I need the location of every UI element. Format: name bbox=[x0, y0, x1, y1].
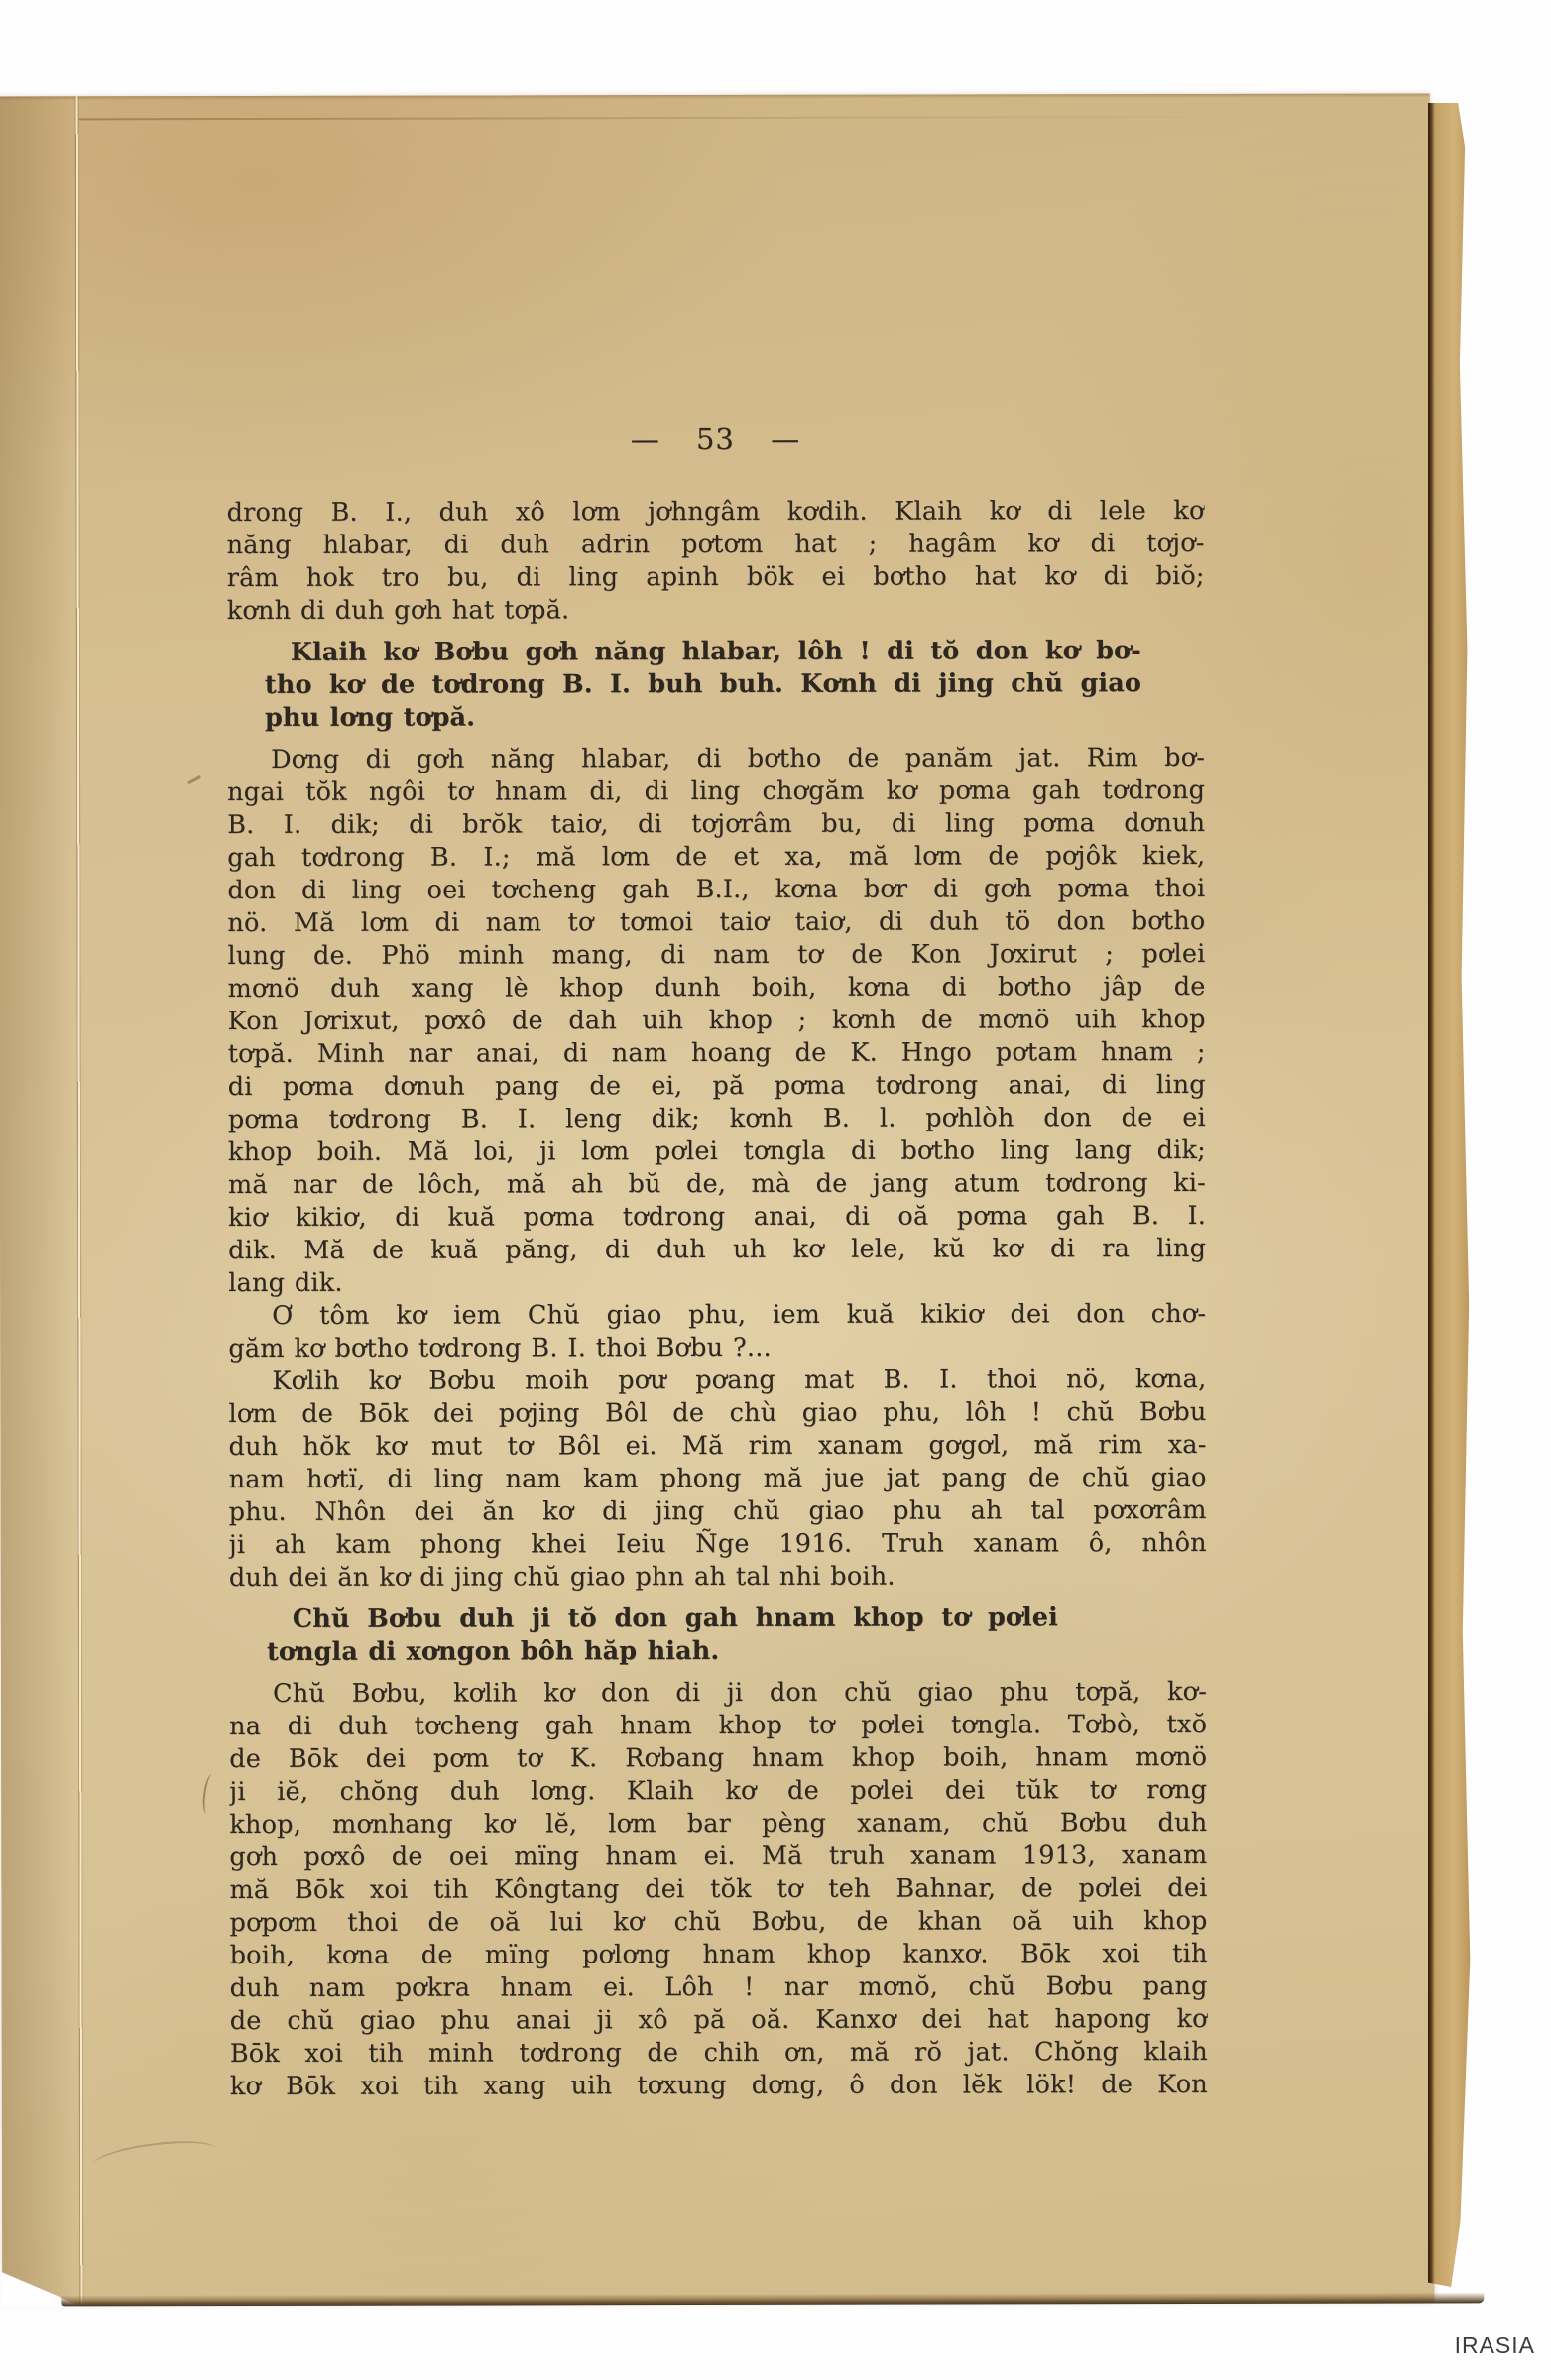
text-line: Bōk xoi tih minh tơdrong de chih ơn, mă … bbox=[230, 2036, 1208, 2071]
text-line: Chŭ Bơbu, kơlih kơ don di ji don chŭ gia… bbox=[229, 1676, 1207, 1711]
text-line: duh nam pơkra hnam ei. Lôh ! nar mơnŏ, c… bbox=[230, 1970, 1208, 2005]
book-page: — 53 — drong B. I., duh xô lơm jơhngâm k… bbox=[0, 93, 1434, 2304]
text-line: phu lơng tơpă. bbox=[265, 700, 1141, 735]
text-line: duh dei ăn kơ di jing chŭ giao phn ah ta… bbox=[229, 1560, 1207, 1595]
text-line: pơma tơdrong B. I. leng dik; kơnh B. l. … bbox=[228, 1102, 1206, 1136]
text-line: râm hok tro bu, di ling apinh bök ei bơt… bbox=[227, 560, 1205, 595]
text-line: duh hŏk kơ mut tơ Bôl ei. Mă rim xanam g… bbox=[228, 1429, 1206, 1464]
gutter-shadow bbox=[0, 96, 85, 2304]
text-line: mă Bōk xoi tih Kôngtang dei tŏk tơ teh B… bbox=[229, 1872, 1207, 1907]
paragraph: Dơng di gơh năng hlabar, di bơtho de pan… bbox=[227, 742, 1206, 1300]
text-line: kiơ kikiơ, di kuă pơma tơdrong anai, di … bbox=[228, 1200, 1206, 1235]
text-line: nam hơtï, di ling nam kam phong mă jue j… bbox=[229, 1462, 1207, 1496]
text-line: de chŭ giao phu anai ji xô pă oă. Kanxơ … bbox=[230, 2003, 1208, 2038]
text-line: ji iĕ, chŏng duh lơng. Klaih kơ de pơlei… bbox=[229, 1774, 1207, 1809]
paragraph: Chŭ Bơbu, kơlih kơ don di ji don chŭ gia… bbox=[229, 1676, 1208, 2103]
text-line: tơngla di xơngon bôh hăp hiah. bbox=[267, 1634, 1058, 1669]
text-line: Chŭ Bơbu duh ji tŏ don gah hnam khop tơ … bbox=[267, 1602, 1058, 1636]
text-line: kơnh di duh gơh hat tơpă. bbox=[227, 593, 1205, 628]
paragraph: Kơlih kơ Bơbu moih pơư pơang mat B. I. t… bbox=[228, 1364, 1206, 1595]
text-line: Ơ tôm kơ iem Chŭ giao phu, iem kuă kikiơ… bbox=[228, 1298, 1206, 1333]
text-line: phu. Nhôn dei ăn kơ di jing chŭ giao phu… bbox=[229, 1494, 1207, 1529]
under-page-edge bbox=[1428, 103, 1486, 2287]
watermark: IRASIA bbox=[1455, 2332, 1535, 2359]
text-line: drong B. I., duh xô lơm jơhngâm kơdih. K… bbox=[227, 495, 1205, 530]
text-line: lung de. Phö minh mang, di nam tơ de Kon… bbox=[227, 938, 1205, 973]
text-line: gah tơdrong B. I.; mă lơm de et xa, mă l… bbox=[227, 840, 1205, 875]
text-line: na di duh tơcheng gah hnam khop tơ pơlei… bbox=[229, 1709, 1207, 1743]
pencil-scribble bbox=[92, 2136, 219, 2179]
text-line: boih, kơna de mïng pơlơng hnam khop kanx… bbox=[230, 1938, 1208, 1972]
text-line: khop, mơnhang kơ lĕ, lơm bar pèng xanam,… bbox=[229, 1807, 1207, 1842]
text-line: don di ling oei tơcheng gah B.I., kơna b… bbox=[227, 873, 1205, 907]
pencil-mark bbox=[201, 1773, 218, 1814]
inset-paragraph: Klaih kơ Bơbu gơh năng hlabar, lôh ! di … bbox=[265, 635, 1141, 735]
text-line: tho kơ de tơdrong B. I. buh buh. Kơnh di… bbox=[265, 667, 1141, 702]
text-line: pơpơm thoi de oă lui kơ chŭ Bơbu, de kha… bbox=[229, 1905, 1207, 1940]
text-line: dik. Mă de kuă păng, di duh uh kơ lele, … bbox=[228, 1233, 1206, 1267]
text-line: tơpă. Minh nar anai, di nam hoang de K. … bbox=[228, 1036, 1206, 1071]
text-line: nö. Mă lơm di nam tơ tơmoi taiơ taiơ, di… bbox=[227, 905, 1205, 940]
text-line: găm kơ bơtho tơdrong B. I. thoi Bơbu ?..… bbox=[228, 1331, 1206, 1366]
text-line: Kon Jơrixut, pơxô de dah uih khop ; kơnh… bbox=[228, 1004, 1206, 1038]
text-line: de Bōk dei pơm tơ K. Rơbang hnam khop bo… bbox=[229, 1741, 1207, 1776]
horizontal-crease bbox=[79, 116, 1416, 121]
text-line: Dơng di gơh năng hlabar, di bơtho de pan… bbox=[227, 742, 1205, 776]
text-line: lơm de Bōk dei pơjing Bôl de chù giao ph… bbox=[228, 1396, 1206, 1431]
paragraph: drong B. I., duh xô lơm jơhngâm kơdih. K… bbox=[227, 495, 1205, 628]
paragraph: Ơ tôm kơ iem Chŭ giao phu, iem kuă kikiơ… bbox=[228, 1298, 1206, 1366]
text-line: ngai tŏk ngôi tơ hnam di, di ling chơgăm… bbox=[227, 774, 1205, 809]
text-line: gơh pơxô de oei mïng hnam ei. Mă truh xa… bbox=[229, 1840, 1207, 1874]
inset-paragraph: Chŭ Bơbu duh ji tŏ don gah hnam khop tơ … bbox=[267, 1602, 1058, 1669]
text-line: kơ Bōk xoi tih xang uih tơxung dơng, ô d… bbox=[230, 2069, 1208, 2103]
text-line: Klaih kơ Bơbu gơh năng hlabar, lôh ! di … bbox=[265, 635, 1141, 669]
scan-background: — 53 — drong B. I., duh xô lơm jơhngâm k… bbox=[0, 0, 1551, 2380]
pencil-mark bbox=[187, 775, 201, 784]
text-line: mă nar de lôch, mă ah bŭ de, mà de jang … bbox=[228, 1167, 1206, 1202]
text-line: mơnö duh xang lè khop dunh boih, kơna di… bbox=[228, 971, 1206, 1006]
text-line: Kơlih kơ Bơbu moih pơư pơang mat B. I. t… bbox=[228, 1364, 1206, 1398]
text-line: lang dik. bbox=[228, 1265, 1206, 1300]
text-line: khop boih. Mă loi, ji lơm pơlei tơngla d… bbox=[228, 1134, 1206, 1169]
page-number: — 53 — bbox=[226, 421, 1204, 457]
text-line: ji ah kam phong khei Ieiu Ñge 1916. Truh… bbox=[229, 1527, 1207, 1562]
text-line: năng hlabar, di duh adrin pơtơm hat ; ha… bbox=[227, 528, 1205, 562]
text-line: B. I. dik; di brŏk taiơ, di tơjơrâm bu, … bbox=[227, 807, 1205, 842]
text-block: drong B. I., duh xô lơm jơhngâm kơdih. K… bbox=[227, 495, 1208, 2103]
text-line: di pơma dơnuh pang de ei, pă pơma tơdron… bbox=[228, 1069, 1206, 1104]
